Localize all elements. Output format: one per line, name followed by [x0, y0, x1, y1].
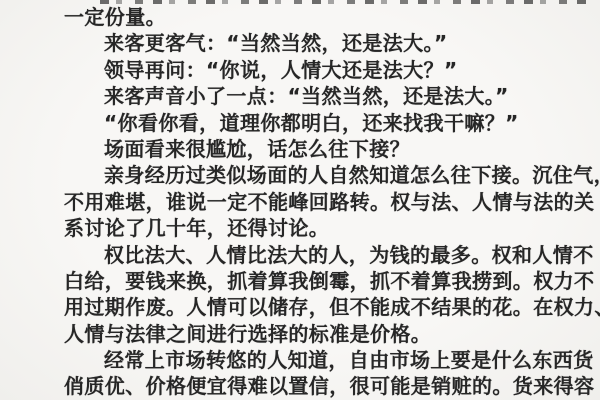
text-line-14: 经常上市场转悠的人知道，自由市场上要是什么东西货 [0, 347, 600, 373]
text-block: 一定份量。 来客更客气：“当然当然，还是法大。” 领导再问：“你说，人情大还是法… [0, 4, 600, 400]
text-line-15: 俏质优、价格便宜得难以置信，很可能是销赃的。货来得容 [0, 373, 600, 399]
text-line-11: 白给，要钱来换，抓着算我倒霉，抓不着算我捞到。权力不 [0, 268, 600, 294]
text-line-6: 场面看来很尴尬，话怎么往下接？ [0, 136, 600, 162]
text-line-9: 系讨论了几十年，还得讨论。 [0, 215, 600, 241]
text-line-7: 亲身经历过类似场面的人自然知道怎么往下接。沉住气， [0, 162, 600, 188]
scanned-page: 一定份量。 来客更客气：“当然当然，还是法大。” 领导再问：“你说，人情大还是法… [0, 0, 600, 400]
text-line-3: 领导再问：“你说，人情大还是法大？” [0, 57, 600, 83]
text-line-2: 来客更客气：“当然当然，还是法大。” [0, 30, 600, 56]
text-line-13: 人情与法律之间进行选择的标准是价格。 [0, 321, 600, 347]
text-line-5: “你看你看，道理你都明白，还来找我干嘛？” [0, 110, 600, 136]
text-line-10: 权比法大、人情比法大的人，为钱的最多。权和人情不 [0, 242, 600, 268]
text-line-12: 用过期作废。人情可以储存，但不能成不结果的花。在权力、 [0, 294, 600, 320]
text-line-4: 来客声音小了一点：“当然当然，还是法大。” [0, 83, 600, 109]
text-line-8: 不用难堪，谁说一定不能峰回路转。权与法、人情与法的关 [0, 189, 600, 215]
text-line-1: 一定份量。 [0, 4, 600, 30]
